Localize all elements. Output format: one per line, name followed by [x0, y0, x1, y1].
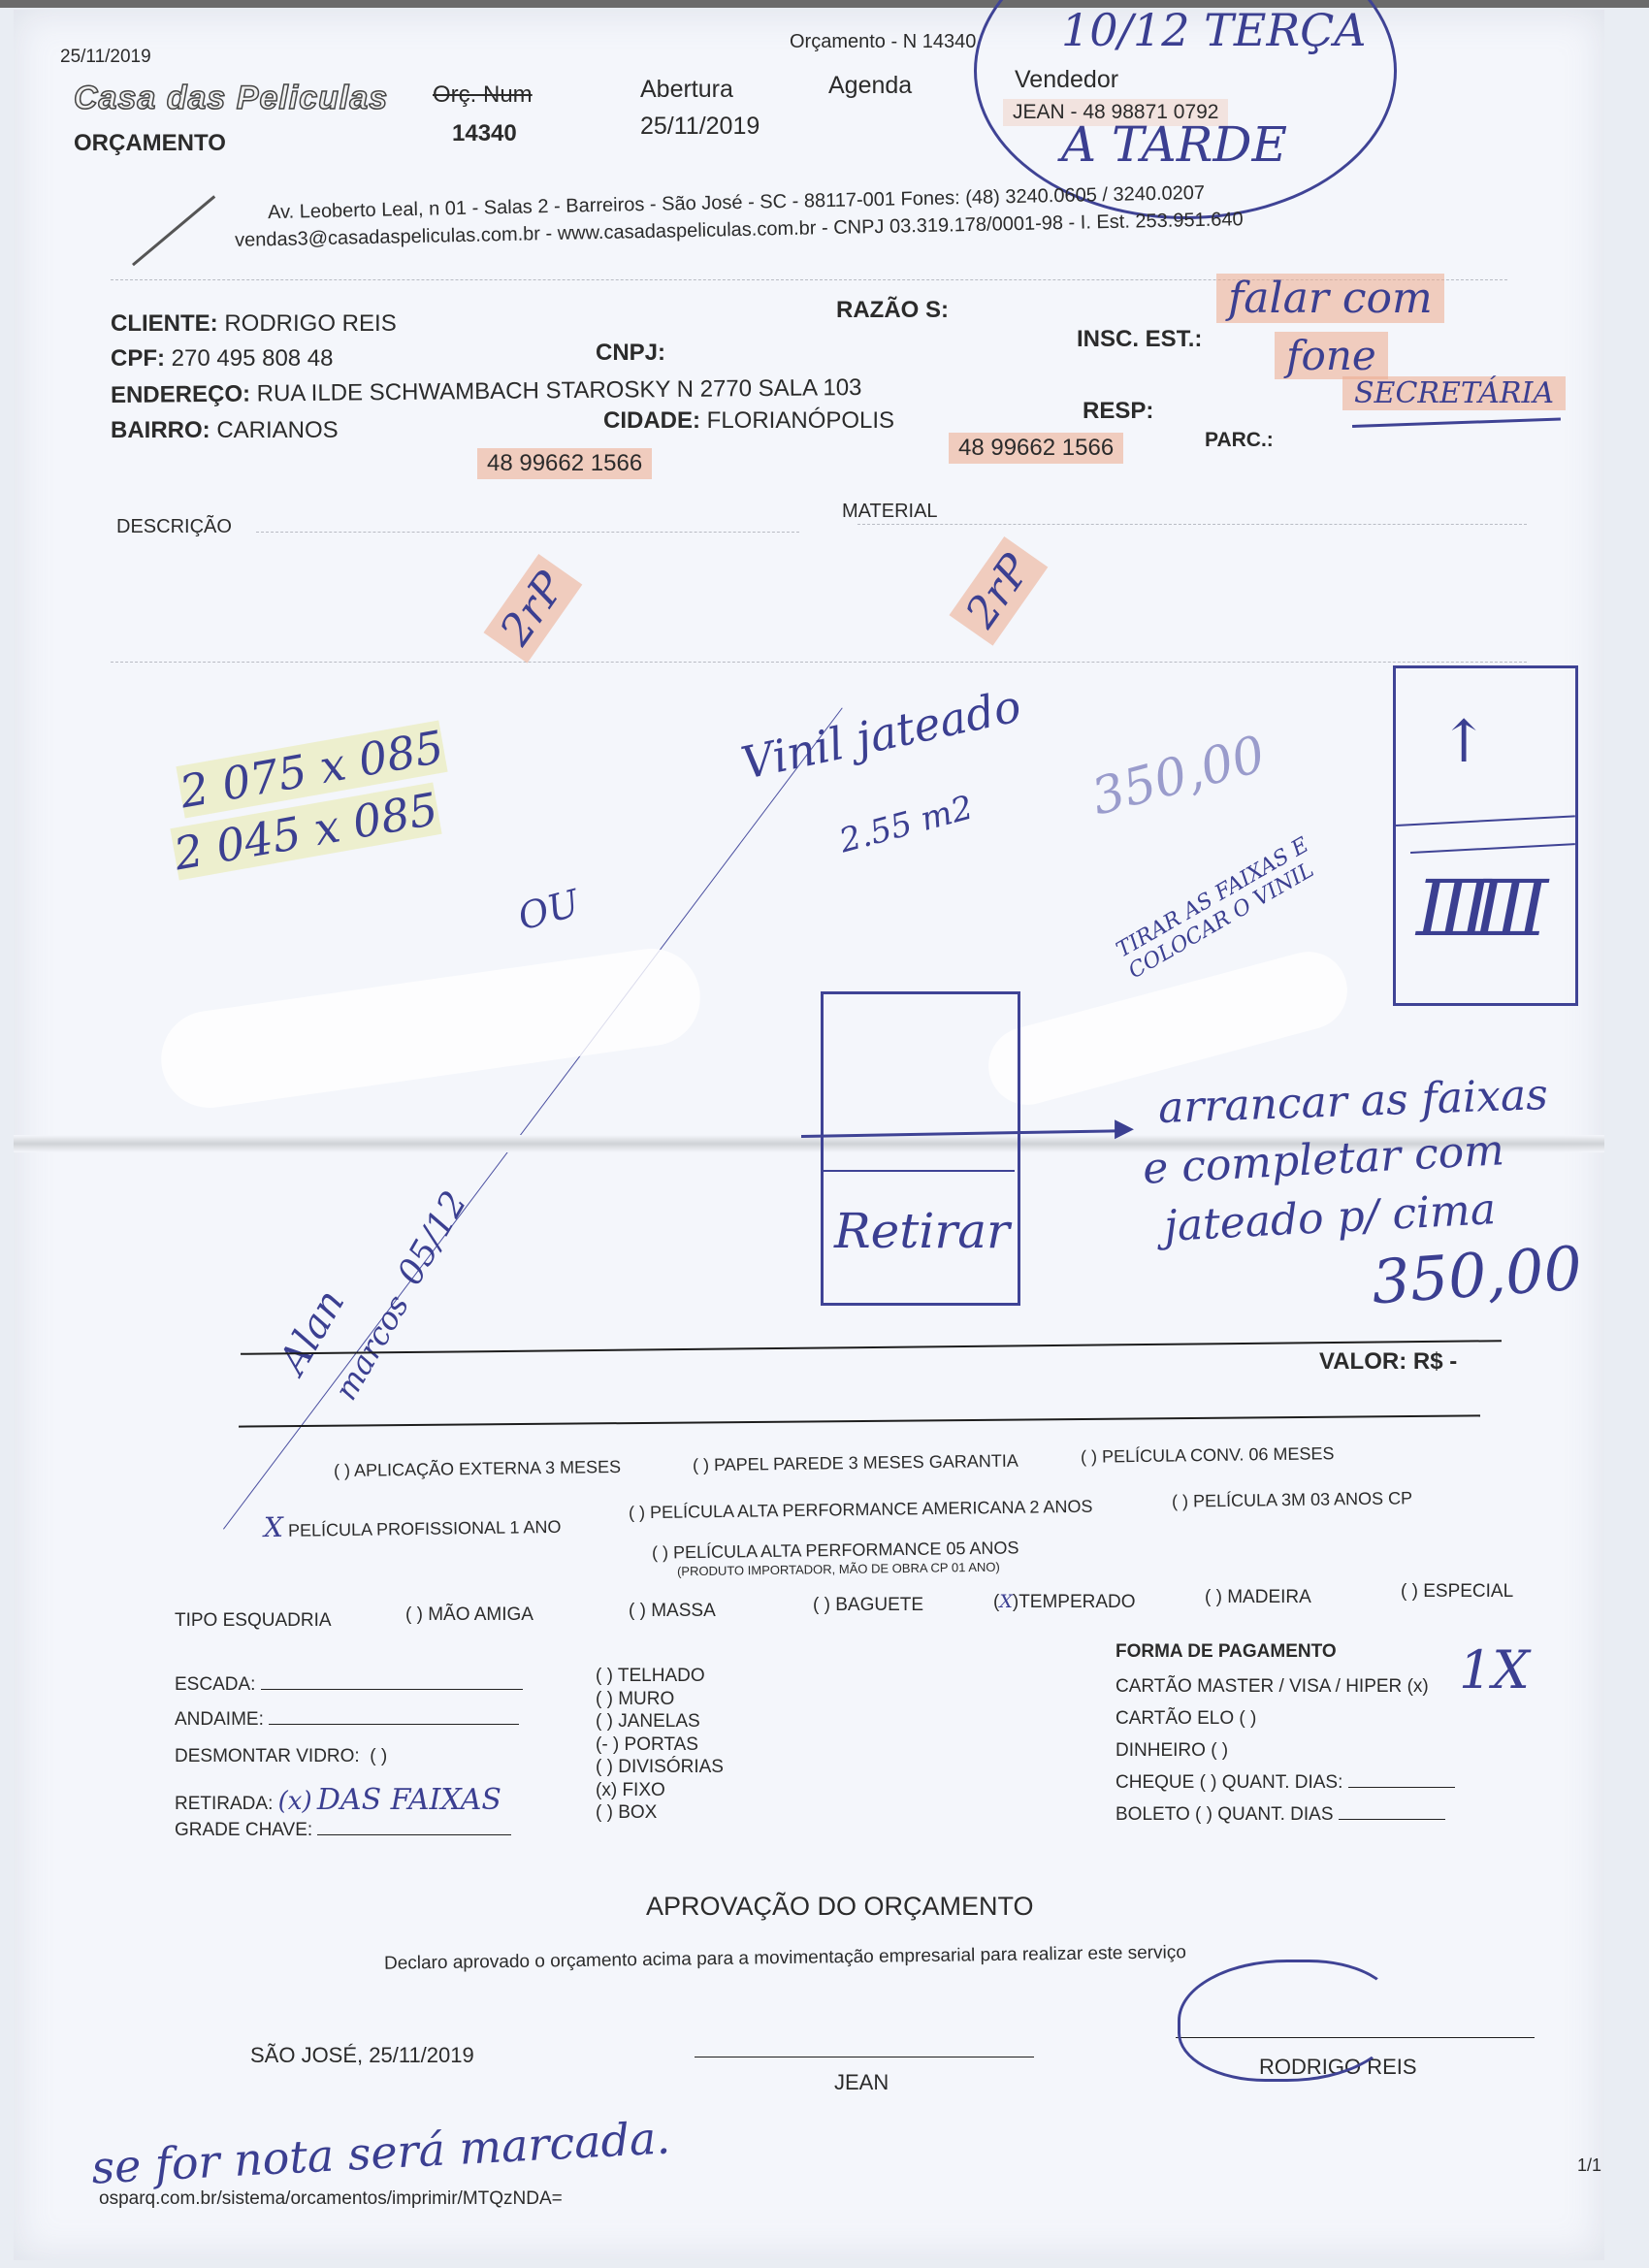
- cpf-row: CPF: 270 495 808 48: [111, 345, 334, 373]
- installments: 1X: [1459, 1639, 1530, 1701]
- service-option[interactable]: ( ) PELÍCULA CONV. 06 MESES: [1081, 1443, 1335, 1468]
- payment-checkbox: (x): [1407, 1676, 1429, 1697]
- razao-label: RAZÃO S:: [836, 297, 949, 324]
- service-label: PAPEL PAREDE 3 MESES GARANTIA: [714, 1451, 1018, 1474]
- seller-name: JEAN: [834, 2070, 889, 2095]
- payment-title: FORMA DE PAGAMENTO: [1115, 1641, 1337, 1663]
- client-phone-2: 48 99662 1566: [949, 433, 1123, 464]
- doc-type: ORÇAMENTO: [74, 130, 226, 157]
- location-option[interactable]: ( ) MURO: [596, 1688, 724, 1711]
- escada-field[interactable]: ESCADA:: [175, 1674, 523, 1696]
- service-option-checked[interactable]: X PELÍCULA PROFISSIONAL 1 ANO: [264, 1507, 562, 1543]
- location-label: DIVISÓRIAS: [618, 1757, 724, 1777]
- address-row: ENDEREÇO: RUA ILDE SCHWAMBACH STAROSKY N…: [111, 374, 862, 409]
- esquadria-option[interactable]: ( ) MÃO AMIGA: [405, 1604, 533, 1626]
- location-checklist: ( ) TELHADO( ) MURO( ) JANELAS(- ) PORTA…: [596, 1665, 724, 1825]
- location-label: PORTAS: [625, 1734, 698, 1755]
- location-option[interactable]: ( ) JANELAS: [596, 1710, 724, 1733]
- valor-label: VALOR: R$ -: [1319, 1348, 1457, 1376]
- footer-handwritten-note: se for nota será marcada.: [90, 2111, 671, 2193]
- retirada-field[interactable]: RETIRADA: (x) DAS FAIXAS: [175, 1783, 501, 1817]
- material-line: [857, 524, 1527, 525]
- check-x-icon: X: [999, 1591, 1013, 1612]
- payment-option[interactable]: CARTÃO MASTER / VISA / HIPER (x): [1115, 1670, 1455, 1702]
- bairro-label: BAIRRO:: [111, 417, 210, 443]
- location-option[interactable]: ( ) BOX: [596, 1801, 724, 1825]
- payment-checkbox: ( ): [1200, 1772, 1217, 1793]
- esquadria-option-label: MÃO AMIGA: [428, 1604, 533, 1625]
- material-vinil: Vinil jateado: [737, 679, 1026, 790]
- insc-est-label: INSC. EST.:: [1077, 326, 1202, 353]
- diagonal-date: 05/12: [390, 1184, 474, 1291]
- service-option[interactable]: ( ) PELÍCULA ALTA PERFORMANCE AMERICANA …: [629, 1497, 1093, 1524]
- client-name-label: CLIENTE:: [111, 310, 218, 337]
- abertura-label: Abertura: [640, 76, 733, 104]
- check-x-icon: X: [264, 1511, 283, 1543]
- payment-extra: QUANT. DIAS:: [1222, 1772, 1343, 1793]
- retirada-note: DAS FAIXAS: [317, 1783, 501, 1817]
- esquadria-option[interactable]: ( ) MADEIRA: [1205, 1587, 1311, 1608]
- price-draft: 350,00: [1085, 725, 1271, 826]
- desmontar-field[interactable]: DESMONTAR VIDRO: ( ): [175, 1746, 387, 1767]
- esquadria-option-label: BAGUETE: [835, 1595, 923, 1615]
- page-number: 1/1: [1577, 2155, 1601, 2176]
- client-phone-1: 48 99662 1566: [477, 448, 652, 479]
- service-option[interactable]: ( ) PAPEL PAREDE 3 MESES GARANTIA: [693, 1451, 1018, 1476]
- service-label: PELÍCULA ALTA PERFORMANCE 05 ANOS: [673, 1538, 1019, 1562]
- payment-label: DINHEIRO: [1115, 1740, 1206, 1761]
- area-m2: 2.55 m2: [835, 789, 977, 861]
- note-secretaria: SECRETÁRIA: [1342, 376, 1566, 410]
- arrow-up-icon: ↑: [1439, 708, 1488, 776]
- cnpj-label: CNPJ:: [596, 340, 665, 367]
- arrow-right-icon: ▶: [1115, 1114, 1134, 1143]
- grade-field[interactable]: GRADE CHAVE:: [175, 1820, 511, 1841]
- location-checkbox: ( ): [596, 1757, 613, 1777]
- doc-reference: Orçamento - N 14340: [790, 31, 976, 53]
- location-option[interactable]: (- ) PORTAS: [596, 1733, 724, 1757]
- descricao-line: [256, 532, 799, 533]
- location-checkbox: (x): [596, 1780, 617, 1800]
- resp-label: RESP:: [1083, 398, 1153, 425]
- payment-option[interactable]: CARTÃO ELO ( ): [1115, 1702, 1455, 1734]
- location-checkbox: ( ): [596, 1711, 613, 1732]
- service-footnote: (PRODUTO IMPORTADOR, MÃO DE OBRA CP 01 A…: [677, 1560, 1000, 1579]
- agenda-handwritten-time: A TARDE: [1061, 116, 1287, 173]
- service-label: PELÍCULA PROFISSIONAL 1 ANO: [288, 1517, 562, 1540]
- payment-options: CARTÃO MASTER / VISA / HIPER (x) CARTÃO …: [1115, 1670, 1455, 1831]
- approval-title: APROVAÇÃO DO ORÇAMENTO: [646, 1892, 1034, 1922]
- esquadria-label: TIPO ESQUADRIA: [175, 1610, 332, 1632]
- cpf-label: CPF:: [111, 345, 165, 372]
- service-label: APLICAÇÃO EXTERNA 3 MESES: [354, 1457, 621, 1480]
- payment-label: CARTÃO MASTER / VISA / HIPER: [1115, 1676, 1402, 1697]
- budget-document: 25/11/2019 Orçamento - N 14340 Casa das …: [14, 10, 1604, 2260]
- payment-option[interactable]: DINHEIRO ( ): [1115, 1734, 1455, 1766]
- esquadria-option[interactable]: ( ) ESPECIAL: [1401, 1581, 1513, 1603]
- payment-label: BOLETO: [1115, 1804, 1190, 1825]
- esquadria-option[interactable]: ( ) MASSA: [629, 1601, 716, 1622]
- cidade-label: CIDADE:: [603, 407, 700, 434]
- sketch-retirar-text: Retirar: [834, 1203, 1010, 1259]
- items-top-line: [111, 662, 1527, 663]
- note-fone: fone: [1275, 332, 1388, 379]
- esquadria-option-label: ESPECIAL: [1423, 1581, 1513, 1602]
- correction-fluid-patch: [155, 943, 706, 1115]
- sketch-middle-band: [821, 1170, 1015, 1172]
- esquadria-option-label: MADEIRA: [1227, 1587, 1311, 1607]
- esquadria-option-checked[interactable]: (X)TEMPERADO: [993, 1591, 1136, 1613]
- items-rule-2: [239, 1414, 1480, 1427]
- payment-label: CARTÃO ELO: [1115, 1708, 1234, 1729]
- payment-checkbox: ( ): [1211, 1740, 1228, 1761]
- esquadria-option-label: MASSA: [651, 1601, 716, 1621]
- retirada-checkbox: (x): [278, 1787, 312, 1816]
- cpf-value: 270 495 808 48: [172, 345, 334, 372]
- client-name-row: CLIENTE: RODRIGO REIS: [111, 310, 397, 338]
- staple-mark: [132, 195, 215, 266]
- location-option[interactable]: (x) FIXO: [596, 1779, 724, 1802]
- location-label: FIXO: [622, 1780, 664, 1800]
- service-label: PELÍCULA CONV. 06 MESES: [1102, 1443, 1335, 1466]
- material-label: MATERIAL: [842, 501, 938, 523]
- location-label: JANELAS: [618, 1711, 699, 1732]
- brand-logo: Casa das Peliculas: [74, 80, 388, 117]
- esquadria-option-label: TEMPERADO: [1018, 1592, 1135, 1612]
- service-label: PELÍCULA ALTA PERFORMANCE AMERICANA 2 AN…: [650, 1497, 1093, 1522]
- location-checkbox: ( ): [596, 1802, 613, 1823]
- note-underline: [1352, 417, 1561, 428]
- payment-extra: QUANT. DIAS: [1217, 1804, 1333, 1825]
- cidade-value: FLORIANÓPOLIS: [707, 407, 894, 434]
- agenda-handwritten-date: 10/12 TERÇA: [1061, 4, 1367, 56]
- scan-top-edge: [0, 0, 1649, 8]
- abertura-value: 25/11/2019: [640, 113, 760, 141]
- payment-option[interactable]: CHEQUE ( ) QUANT. DIAS:: [1115, 1766, 1455, 1798]
- alternative-ou: OU: [513, 882, 583, 939]
- seller-signature-line: [695, 2057, 1034, 2057]
- place-date: SÃO JOSÉ, 25/11/2019: [250, 2043, 474, 2068]
- desmontar-checkbox: ( ): [370, 1746, 387, 1766]
- agenda-label: Agenda: [828, 72, 912, 100]
- location-label: BOX: [618, 1802, 657, 1823]
- location-label: TELHADO: [618, 1666, 705, 1686]
- location-label: MURO: [618, 1689, 674, 1709]
- payment-label: CHEQUE: [1115, 1772, 1194, 1793]
- bairro-value: CARIANOS: [216, 417, 338, 443]
- service-label: PELÍCULA 3M 03 ANOS CP: [1193, 1488, 1412, 1510]
- location-checkbox: ( ): [596, 1666, 613, 1686]
- escada-label: ESCADA:: [175, 1674, 255, 1695]
- cidade-row: CIDADE: FLORIANÓPOLIS: [603, 407, 894, 435]
- client-signature-scribble: [1178, 1960, 1397, 2082]
- retirada-label: RETIRADA:: [175, 1794, 273, 1814]
- arrow-note-line-1: arrancar as faixas: [1157, 1070, 1548, 1133]
- print-date: 25/11/2019: [60, 47, 151, 68]
- esquadria-option[interactable]: ( ) BAGUETE: [813, 1595, 923, 1616]
- hatching-scribble: ⅢⅢ: [1416, 863, 1531, 954]
- initials-1: 2rP: [484, 554, 583, 663]
- orc-num-value: 14340: [452, 120, 517, 147]
- parc-label: PARC.:: [1205, 429, 1274, 452]
- location-checkbox: (- ): [596, 1734, 619, 1755]
- footer-url[interactable]: osparq.com.br/sistema/orcamentos/imprimi…: [99, 2188, 563, 2210]
- items-rule-1: [241, 1340, 1502, 1355]
- approval-declaration: Declaro aprovado o orçamento acima para …: [384, 1942, 1186, 1975]
- descricao-label: DESCRIÇÃO: [116, 516, 232, 538]
- address-value: RUA ILDE SCHWAMBACH STAROSKY N 2770 SALA…: [257, 374, 862, 407]
- andaime-field[interactable]: ANDAIME:: [175, 1709, 519, 1731]
- grade-label: GRADE CHAVE:: [175, 1820, 312, 1840]
- service-option[interactable]: ( ) PELÍCULA 3M 03 ANOS CP: [1172, 1488, 1412, 1511]
- payment-checkbox: ( ): [1239, 1708, 1256, 1729]
- service-option[interactable]: ( ) APLICAÇÃO EXTERNA 3 MESES: [334, 1457, 621, 1481]
- payment-option[interactable]: BOLETO ( ) QUANT. DIAS: [1115, 1798, 1455, 1831]
- client-name-value: RODRIGO REIS: [224, 310, 396, 337]
- bairro-row: BAIRRO: CARIANOS: [111, 417, 339, 444]
- orc-num-label: Orç. Num: [433, 81, 533, 109]
- final-price: 350,00: [1370, 1233, 1585, 1318]
- location-option[interactable]: ( ) TELHADO: [596, 1665, 724, 1688]
- desmontar-label: DESMONTAR VIDRO:: [175, 1746, 360, 1766]
- initials-2: 2rP: [950, 536, 1049, 645]
- note-falar-com: falar com: [1216, 274, 1444, 323]
- payment-checkbox: ( ): [1195, 1804, 1212, 1825]
- location-option[interactable]: ( ) DIVISÓRIAS: [596, 1756, 724, 1779]
- andaime-label: ANDAIME:: [175, 1709, 264, 1730]
- address-label: ENDEREÇO:: [111, 381, 250, 409]
- location-checkbox: ( ): [596, 1689, 613, 1709]
